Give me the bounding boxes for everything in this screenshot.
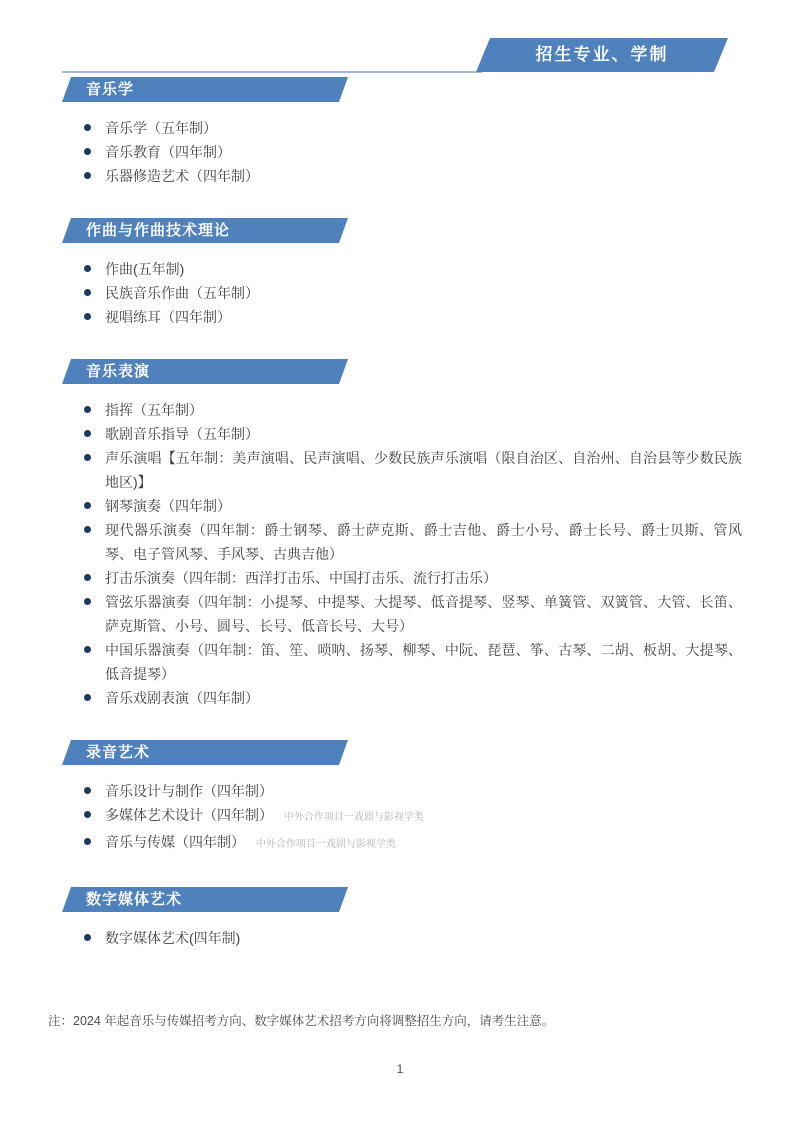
major-label: 多媒体艺术设计（四年制） [105,807,273,823]
major-item: 数字媒体艺术(四年制) [105,926,742,950]
major-item: 中国乐器演奏（四年制：笛、笙、唢呐、扬琴、柳琴、中阮、琵琶、筝、古琴、二胡、板胡… [105,638,742,686]
page-number: 1 [0,1062,800,1076]
major-item: 乐器修造艺术（四年制） [105,164,742,188]
major-list: 数字媒体艺术(四年制) [105,926,742,950]
major-item: 管弦乐器演奏（四年制：小提琴、中提琴、大提琴、低音提琴、竖琴、单簧管、双簧管、大… [105,590,742,638]
major-item: 音乐教育（四年制） [105,140,742,164]
major-item: 作曲(五年制) [105,257,742,281]
major-label: 音乐与传媒（四年制） [105,834,245,850]
major-item: 歌剧音乐指导（五年制） [105,422,742,446]
major-label: 音乐学（五年制） [105,120,217,136]
major-label: 数字媒体艺术(四年制) [105,930,240,946]
cooperation-program-annotation: 中外合作项目一戏剧与影视学类 [284,812,424,823]
major-item: 多媒体艺术设计（四年制） 中外合作项目一戏剧与影视学类 [105,803,742,830]
major-label: 乐器修造艺术（四年制） [105,168,259,184]
major-item: 民族音乐作曲（五年制） [105,281,742,305]
major-label: 民族音乐作曲（五年制） [105,285,259,301]
major-label: 现代器乐演奏（四年制：爵士钢琴、爵士萨克斯、爵士吉他、爵士小号、爵士长号、爵士贝… [105,522,742,562]
section-title: 音乐学 [62,77,134,102]
section-composition: 作曲与作曲技术理论 作曲(五年制) 民族音乐作曲（五年制） 视唱练耳（四年制） [0,218,800,329]
section-title: 音乐表演 [62,359,150,384]
major-item: 音乐学（五年制） [105,116,742,140]
major-item: 音乐戏剧表演（四年制） [105,686,742,710]
footnote: 注：2024 年起音乐与传媒招考方向、数字媒体艺术招考方向将调整招生方向，请考生… [48,1012,740,1031]
major-label: 音乐教育（四年制） [105,144,231,160]
section-music-performance: 音乐表演 指挥（五年制） 歌剧音乐指导（五年制） 声乐演唱【五年制：美声演唱、民… [0,359,800,710]
major-item: 现代器乐演奏（四年制：爵士钢琴、爵士萨克斯、爵士吉他、爵士小号、爵士长号、爵士贝… [105,518,742,566]
section-musicology: 音乐学 音乐学（五年制） 音乐教育（四年制） 乐器修造艺术（四年制） [0,77,800,188]
cooperation-program-annotation: 中外合作项目一戏剧与影视学类 [256,839,396,850]
section-title: 作曲与作曲技术理论 [62,218,230,243]
major-item: 音乐与传媒（四年制） 中外合作项目一戏剧与影视学类 [105,830,742,857]
major-item: 指挥（五年制） [105,398,742,422]
major-list: 音乐学（五年制） 音乐教育（四年制） 乐器修造艺术（四年制） [105,116,742,188]
major-label: 中国乐器演奏（四年制：笛、笙、唢呐、扬琴、柳琴、中阮、琵琶、筝、古琴、二胡、板胡… [105,642,742,682]
major-label: 视唱练耳（四年制） [105,309,231,325]
major-list: 指挥（五年制） 歌剧音乐指导（五年制） 声乐演唱【五年制：美声演唱、民声演唱、少… [105,398,742,710]
major-item: 钢琴演奏（四年制） [105,494,742,518]
section-recording-arts: 录音艺术 音乐设计与制作（四年制） 多媒体艺术设计（四年制） 中外合作项目一戏剧… [0,740,800,857]
major-label: 音乐戏剧表演（四年制） [105,690,259,706]
major-label: 歌剧音乐指导（五年制） [105,426,259,442]
section-title-banner: 音乐表演 [62,359,348,384]
section-digital-media-art: 数字媒体艺术 数字媒体艺术(四年制) [0,887,800,950]
section-title-banner: 作曲与作曲技术理论 [62,218,348,243]
major-list: 音乐设计与制作（四年制） 多媒体艺术设计（四年制） 中外合作项目一戏剧与影视学类… [105,779,742,857]
section-title: 数字媒体艺术 [62,887,182,912]
major-label: 指挥（五年制） [105,402,203,418]
major-list: 作曲(五年制) 民族音乐作曲（五年制） 视唱练耳（四年制） [105,257,742,329]
major-item: 视唱练耳（四年制） [105,305,742,329]
major-item: 音乐设计与制作（四年制） [105,779,742,803]
major-label: 音乐设计与制作（四年制） [105,783,273,799]
sections-container: 音乐学 音乐学（五年制） 音乐教育（四年制） 乐器修造艺术（四年制） 作曲与作曲… [0,0,800,980]
section-title: 录音艺术 [62,740,150,765]
major-label: 钢琴演奏（四年制） [105,498,231,514]
document-page: 招生专业、学制 音乐学 音乐学（五年制） 音乐教育（四年制） 乐器修造艺术（四年… [0,0,800,1131]
section-title-banner: 录音艺术 [62,740,348,765]
major-label: 作曲(五年制) [105,261,184,277]
major-item: 打击乐演奏（四年制：西洋打击乐、中国打击乐、流行打击乐） [105,566,742,590]
major-item: 声乐演唱【五年制：美声演唱、民声演唱、少数民族声乐演唱（限自治区、自治州、自治县… [105,446,742,494]
major-label: 管弦乐器演奏（四年制：小提琴、中提琴、大提琴、低音提琴、竖琴、单簧管、双簧管、大… [105,594,742,634]
major-label: 打击乐演奏（四年制：西洋打击乐、中国打击乐、流行打击乐） [105,570,497,586]
major-label: 声乐演唱【五年制：美声演唱、民声演唱、少数民族声乐演唱（限自治区、自治州、自治县… [105,450,742,490]
section-title-banner: 音乐学 [62,77,348,102]
section-title-banner: 数字媒体艺术 [62,887,348,912]
